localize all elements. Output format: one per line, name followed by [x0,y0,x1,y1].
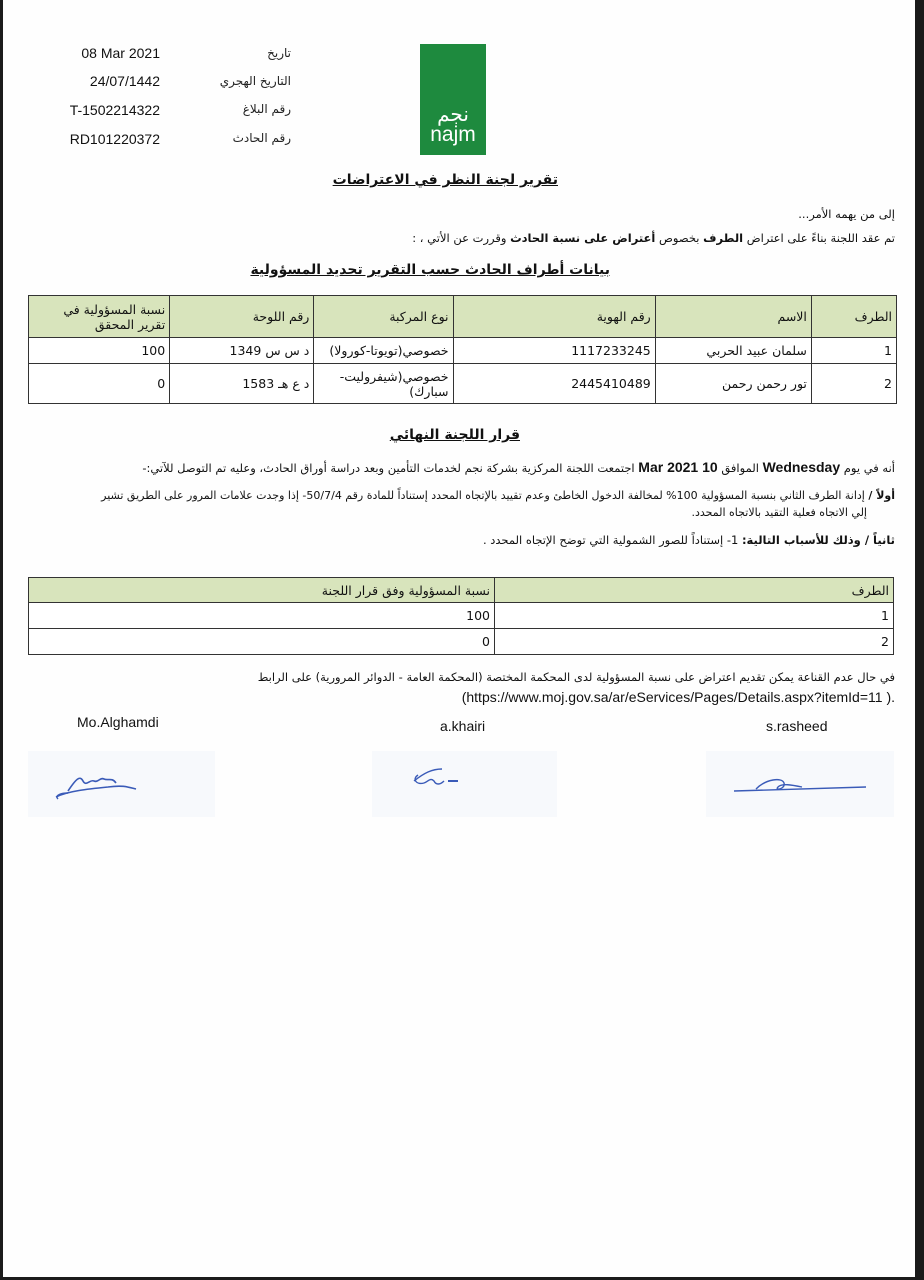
page-edge-shadow [915,0,924,1280]
table-row: 1 100 [29,603,894,629]
meeting-statement: أنه في يوم Wednesday الموافق 10 Mar 2021… [142,459,895,475]
intro-greeting: إلى من يهمه الأمر... [798,207,895,221]
cell-liability: 0 [29,629,495,655]
col-party: الطرف [495,578,894,603]
table-row: 2 0 [29,629,894,655]
report-number-label: رقم البلاغ [191,102,291,116]
decision-section-title: قرار اللجنة النهائي [390,427,520,443]
signatory-name-3: s.rasheed [766,718,827,734]
cell-party: 2 [495,629,894,655]
cell-vehicle-type: خصوصي(شيفروليت-سبارك) [314,364,453,404]
first-decision-line2: إلي الاتجاه فعلية التقيد بالاتجاه المحدد… [692,506,867,519]
accident-number-label: رقم الحادث [191,131,291,145]
cell-vehicle-type: خصوصي(تويوتا-كورولا) [314,338,453,364]
meeting-text: أنه في يوم [840,461,895,475]
signature-icon [28,751,215,817]
signatory-name-2: a.khairi [440,718,485,734]
signatory-name-1: Mo.Alghamdi [77,714,159,730]
meeting-day: Wednesday [763,459,841,475]
col-vehicle-type: نوع المركبة [314,296,453,338]
signature-icon [372,751,557,817]
signature-image-1 [28,751,215,817]
report-title: تقرير لجنة النظر في الاعتراضات [333,172,558,188]
signature-image-2 [372,751,557,817]
cell-id: 2445410489 [453,364,655,404]
cell-name: سلمان عبيد الحربي [655,338,811,364]
parties-section-title: بيانات أطراف الحادث حسب التقرير تحديد ال… [250,262,610,278]
first-decision-line1: أولاً / إدانة الطرف الثاني بنسبة المسؤول… [101,489,895,502]
signature-icon [706,751,894,817]
cell-liability: 100 [29,603,495,629]
signature-image-3 [706,751,894,817]
cell-liability: 100 [29,338,170,364]
first-decision-label: أولاً / [868,489,895,502]
second-decision: ثانياً / وذلك للأسباب التالية: 1- إستناد… [483,533,895,547]
cell-plate: د ع هـ 1583 [170,364,314,404]
date-value: 08 Mar 2021 [20,45,160,61]
parties-table-header: الطرف الاسم رقم الهوية نوع المركبة رقم ا… [29,296,897,338]
hijri-date-label: التاريخ الهجري [191,74,291,88]
cell-party: 1 [495,603,894,629]
col-plate: رقم اللوحة [170,296,314,338]
table-row: 1 سلمان عبيد الحربي 1117233245 خصوصي(توي… [29,338,897,364]
appeal-note-line1: في حال عدم القناعة يمكن تقديم اعتراض على… [258,670,895,684]
cell-id: 1117233245 [453,338,655,364]
cell-party: 2 [811,364,896,404]
second-decision-label: ثانياً / وذلك للأسباب التالية: [742,533,895,547]
intro-text: وقررت عن الأتي ، : [412,231,510,245]
col-investigator-liability: نسبة المسؤولية في تقرير المحقق [29,296,170,338]
col-id: رقم الهوية [453,296,655,338]
table-row: 2 تور رحمن رحمن 2445410489 خصوصي(شيفرولي… [29,364,897,404]
report-number-value: T-1502214322 [20,102,160,118]
date-label: تاريخ [191,46,291,60]
cell-liability: 0 [29,364,170,404]
cell-name: تور رحمن رحمن [655,364,811,404]
meeting-date: 10 Mar 2021 [638,459,717,475]
accident-number-value: RD101220372 [20,131,160,147]
col-committee-liability: نسبة المسؤولية وفق قرار اللجنة [29,578,495,603]
cell-party: 1 [811,338,896,364]
logo-english-text: najm [420,124,486,146]
col-name: الاسم [655,296,811,338]
intro-text: تم عقد اللجنة بناءً على اعتراض [743,231,895,245]
logo-arabic-text: نجم [420,104,486,124]
najm-logo: نجم najm [420,44,486,155]
intro-text: بخصوص [655,231,703,245]
intro-bold-party: الطرف [703,231,743,245]
appeal-link[interactable]: (https://www.moj.gov.sa/ar/eServices/Pag… [462,689,895,705]
intro-line: تم عقد اللجنة بناءً على اعتراض الطرف بخص… [412,231,895,245]
intro-bold-subject: أعتراض على نسبة الحادث [510,231,655,245]
document-page: 08 Mar 2021 تاريخ 24/07/1442 التاريخ اله… [3,0,915,1277]
final-table-header: الطرف نسبة المسؤولية وفق قرار اللجنة [29,578,894,603]
parties-table: الطرف الاسم رقم الهوية نوع المركبة رقم ا… [28,295,897,404]
col-party: الطرف [811,296,896,338]
meeting-text: الموافق [718,461,763,475]
hijri-date-value: 24/07/1442 [20,73,160,89]
cell-plate: د س س 1349 [170,338,314,364]
meeting-text: اجتمعت اللجنة المركزية بشركة نجم لخدمات … [142,461,638,475]
second-decision-text: 1- إستناداً للصور الشمولية التي توضح الإ… [483,533,742,547]
final-liability-table: الطرف نسبة المسؤولية وفق قرار اللجنة 1 1… [28,577,894,655]
first-decision-text: إدانة الطرف الثاني بنسبة المسؤولية 100% … [101,489,868,502]
